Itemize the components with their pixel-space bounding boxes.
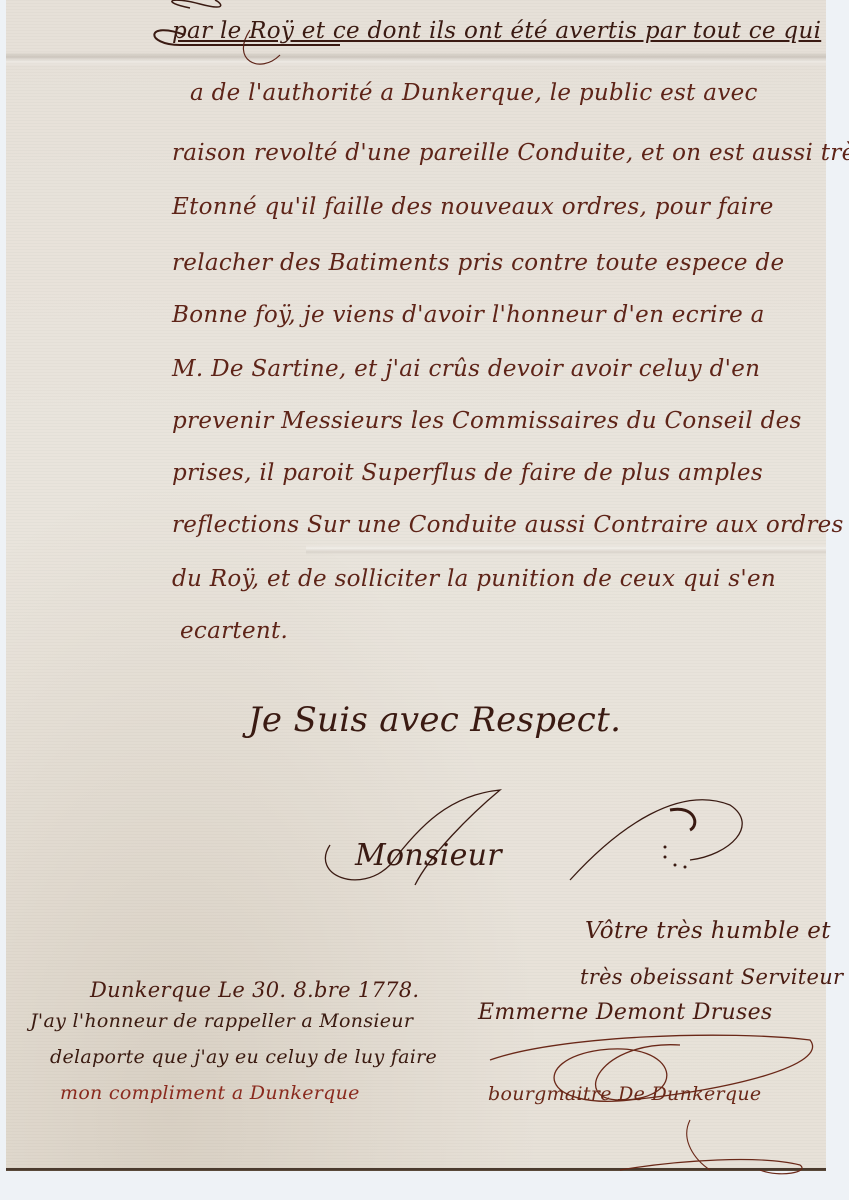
dateline: Dunkerque Le 30. 8.bre 1778. bbox=[90, 978, 419, 1002]
valediction-line-2: très obeissant Serviteur bbox=[580, 965, 843, 989]
signature-title: bourgmaitre De Dunkerque bbox=[488, 1083, 761, 1105]
letter-line-3: raison revolté d'une pareille Conduite, … bbox=[172, 140, 849, 166]
letter-line-8: prevenir Messieurs les Commissaires du C… bbox=[172, 408, 802, 434]
closing-line: Je Suis avec Respect. bbox=[248, 700, 621, 740]
letter-line-2: a de l'authorité a Dunkerque, le public … bbox=[190, 80, 758, 106]
letter-text: par le Roÿ et ce dont ils ont été averti… bbox=[172, 18, 821, 44]
paper-fold-crease bbox=[6, 52, 826, 66]
letter-line-9: prises, il paroit Superflus de faire de … bbox=[172, 460, 763, 486]
letter-line-6: Bonne foÿ, je viens d'avoir l'honneur d'… bbox=[172, 302, 765, 328]
postscript-line-1: J'ay l'honneur de rappeller a Monsieur bbox=[30, 1010, 413, 1032]
letter-line-10: reflections Sur une Conduite aussi Contr… bbox=[172, 512, 844, 538]
letter-line-1: par le Roÿ et ce dont ils ont été averti… bbox=[172, 18, 821, 44]
letter-line-4: Etonné qu'il faille des nouveaux ordres,… bbox=[172, 194, 774, 220]
letter-line-12: ecartent. bbox=[180, 618, 288, 644]
letter-line-11: du Roÿ, et de solliciter la punition de … bbox=[172, 566, 776, 592]
salutation: Monsieur bbox=[355, 838, 502, 873]
letter-line-5: relacher des Batiments pris contre toute… bbox=[172, 250, 784, 276]
signature-flourish-icon bbox=[480, 1020, 840, 1190]
valediction-line-1: Vôtre très humble et bbox=[585, 918, 831, 944]
postscript-line-2: delaporte que j'ay eu celuy de luy faire bbox=[50, 1046, 437, 1068]
postscript-line-3: mon compliment a Dunkerque bbox=[60, 1082, 360, 1104]
letter-line-7: M. De Sartine, et j'ai crûs devoir avoir… bbox=[172, 356, 760, 382]
paper-fold-crease bbox=[306, 545, 826, 555]
